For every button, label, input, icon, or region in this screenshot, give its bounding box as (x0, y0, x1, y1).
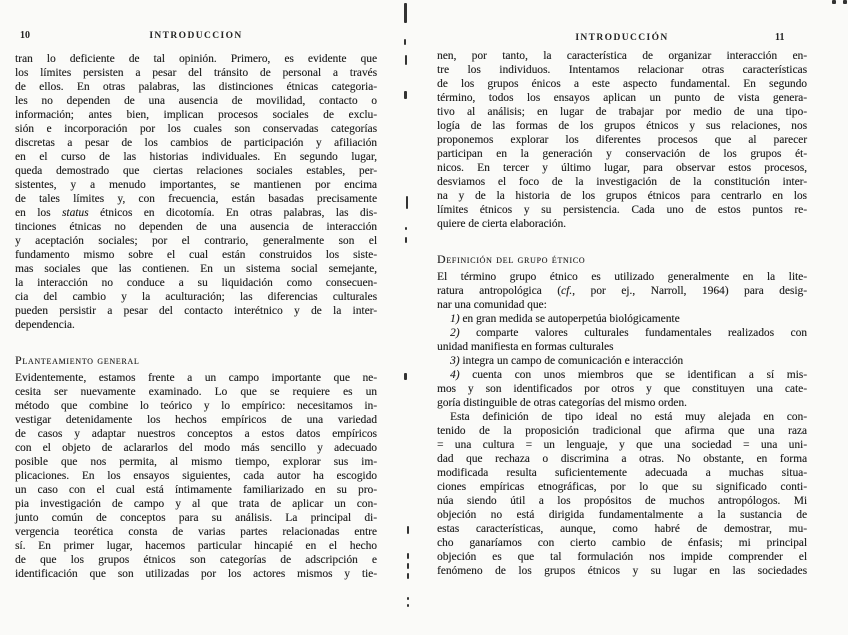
left-page-text: tran lo deficiente de tal opinión. Prime… (15, 52, 377, 581)
text-line: pueden persistir a pesar del contacto in… (15, 304, 377, 318)
text-line: de casos y adaptar nuestros conceptos a … (15, 427, 377, 441)
text-line: objeción no está dirigida fundamentalmen… (437, 508, 807, 522)
text-line: con el objeto de aclararlos del modo más… (15, 441, 377, 455)
text-line: ratura antropológica (cf., por ej., Narr… (437, 284, 807, 298)
text-line: tenido de la proposición tradicional que… (437, 424, 807, 438)
text-line: límites étnicos y su persistencia. Cada … (437, 203, 807, 217)
binding-mark (407, 526, 409, 534)
text-line: nicos. En tercer y último lugar, para ob… (437, 161, 807, 175)
text-line: plicaciones. En los ensayos siguientes, … (15, 469, 377, 483)
text-line: cho ganaríamos con cierto cambio de énfa… (437, 536, 807, 550)
text-line: sistentes, y a menudo importantes, se ma… (15, 178, 377, 192)
text-line: goría distinguible de otras categorías d… (437, 396, 807, 410)
text-line: nen, por tanto, la característica de org… (437, 49, 807, 63)
text-line: El término grupo étnico es utilizado gen… (437, 270, 807, 284)
text-line: Esta definición de tipo ideal no está mu… (437, 410, 807, 424)
section-heading: Definición del grupo étnico (437, 252, 807, 266)
text-line: mas sociales que las contienen. En un si… (15, 262, 377, 276)
text-line: = una cultura = un lenguaje, y que una s… (437, 438, 807, 452)
binding-mark (407, 604, 409, 607)
binding-mark (407, 553, 409, 559)
text-line: discretas a pesar de los cambios de part… (15, 136, 377, 150)
text-line: junto común de conceptos para su análisi… (15, 511, 377, 525)
text-line: de ellos. En otras palabras, las distinc… (15, 80, 377, 94)
text-line: dependencia. (15, 318, 377, 332)
page-number-right: 11 (775, 32, 784, 43)
text-line: objeción es que tal formulación nos impi… (437, 550, 807, 564)
text-line: fundamento mismo sobre el cual están con… (15, 248, 377, 262)
text-line: les no dependen de una ausencia de movil… (15, 94, 377, 108)
text-line: en el curso de las historias individuale… (15, 150, 377, 164)
text-line: término, todos los ensayos aplican un pu… (437, 91, 807, 105)
binding-mark (405, 227, 407, 230)
text-line: sí. En primer lugar, hacemos particular … (15, 539, 377, 553)
text-line: los límites persisten a pesar del tránsi… (15, 66, 377, 80)
binding-mark (832, 0, 836, 4)
text-line: estas características, aunque, como habr… (437, 522, 807, 536)
text-line: 2) comparte valores culturales fundament… (437, 326, 807, 340)
binding-mark (405, 55, 407, 65)
text-line: vergencia teorética consta de varias par… (15, 525, 377, 539)
text-line: logía de las formas de los grupos étnico… (437, 119, 807, 133)
text-line: dad que rechaza o discrimina a otras. No… (437, 452, 807, 466)
text-line: pia investigación de campo y al que trat… (15, 497, 377, 511)
text-line: modificada resulta suficientemente adecu… (437, 466, 807, 480)
binding-mark (404, 91, 407, 99)
text-line: mos y son identificados por otros y que … (437, 382, 807, 396)
text-line: nar una comunidad que: (437, 298, 807, 312)
binding-mark (843, 0, 847, 4)
text-line: de que los grupos étnicos son categorías… (15, 553, 377, 567)
text-line: la interacción no conduce a su liquidaci… (15, 276, 377, 290)
text-line: método que combine lo teórico y lo empír… (15, 399, 377, 413)
binding-mark (404, 3, 407, 23)
text-line: Evidentemente, estamos frente a un campo… (15, 371, 377, 385)
text-line: queda demostrado que ciertas relaciones … (15, 164, 377, 178)
text-line: núa siendo útil a los propósitos de much… (437, 494, 807, 508)
binding-mark (404, 373, 407, 380)
binding-mark (404, 39, 406, 45)
text-line: posible que nos permita, al mismo tiempo… (15, 455, 377, 469)
text-line: 1) en gran medida se autoperpetúa biológ… (437, 312, 807, 326)
section-heading: Planteamiento general (15, 353, 377, 367)
binding-mark (407, 573, 409, 579)
text-line: identificación que son utilizadas por lo… (15, 567, 377, 581)
binding-mark (406, 196, 408, 209)
text-line: quiere de cierta elaboración. (437, 217, 807, 231)
text-line: 4) cuenta con unos miembros que se ident… (437, 368, 807, 382)
text-line: unidad manifiesta en formas culturales (437, 340, 807, 354)
text-line: de los grupos énicos a este aspecto fund… (437, 77, 807, 91)
text-line: tinciones étnicas no dependen de una aus… (15, 220, 377, 234)
text-line: tran lo deficiente de tal opinión. Prime… (15, 52, 377, 66)
text-line: tivo al análisis; en lugar de trabajar p… (437, 105, 807, 119)
binding-mark (407, 563, 409, 569)
text-line: proponemos explorar los diferentes proce… (437, 133, 807, 147)
text-line: cia del cambio y la aculturación; las di… (15, 290, 377, 304)
text-line: na y de la historia de los grupos étnico… (437, 189, 807, 203)
binding-mark (407, 597, 409, 600)
binding-mark (405, 237, 407, 243)
right-page-text: nen, por tanto, la característica de org… (437, 49, 807, 578)
text-line: un caso con el cual está íntimamente fam… (15, 483, 377, 497)
text-line: tre los individuos. Intentamos relaciona… (437, 63, 807, 77)
running-header-left: INTRODUCCION (15, 31, 377, 41)
text-line: participan en la generación y conservaci… (437, 147, 807, 161)
text-line: de tales límites y, con frecuencia, está… (15, 192, 377, 206)
book-scan-spread: 10 INTRODUCCION tran lo deficiente de ta… (0, 0, 848, 635)
text-line: ciones empíricas etnográficas, por lo qu… (437, 480, 807, 494)
text-line: información; antes bien, implican proces… (15, 108, 377, 122)
running-header-right: INTRODUCCIÓN (437, 33, 807, 43)
text-line: y aceptación sociales; por el contrario,… (15, 234, 377, 248)
text-line: cesita ser nuevamente examinado. Lo que … (15, 385, 377, 399)
text-line: vestigar detenidamente los hechos empíri… (15, 413, 377, 427)
text-line: sión e incorporación por los cuales son … (15, 122, 377, 136)
text-line: fenómeno de los grupos étnicos y su luga… (437, 564, 807, 578)
text-line: 3) integra un campo de comunicación e in… (437, 354, 807, 368)
text-line: en los status étnicos en dicotomía. En o… (15, 206, 377, 220)
text-line: desviamos el foco de la investigación de… (437, 175, 807, 189)
